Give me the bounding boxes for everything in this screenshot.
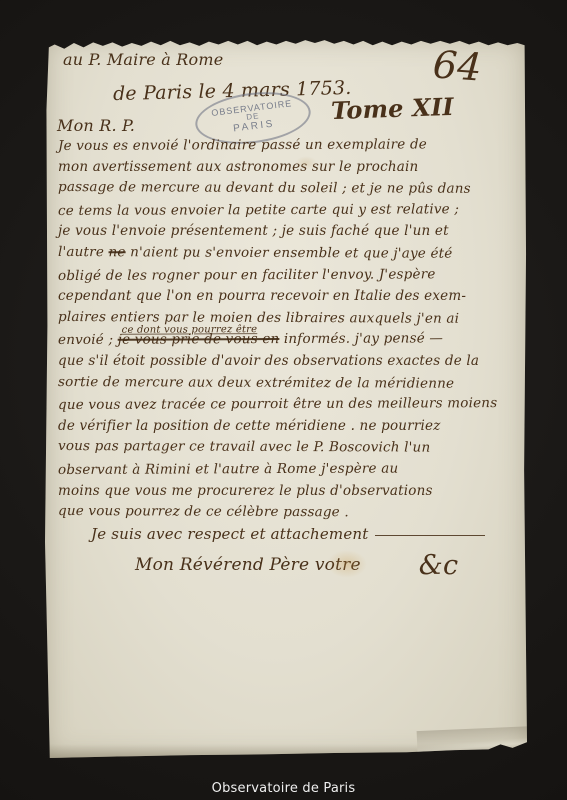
volume-label: Tome XII [331, 92, 455, 125]
photograph-background: au P. Maire à Rome 64 de Paris le 4 mars… [0, 0, 567, 800]
page-number: 64 [432, 42, 484, 89]
struck-text: ne [109, 244, 126, 260]
body-line: ce tems la vous envoier la petite carte … [58, 199, 524, 223]
salutation: Mon R. P. [57, 116, 135, 135]
recipient-line: au P. Maire à Rome [63, 50, 223, 69]
body-line: cependant que l'on en pourra recevoir en… [58, 286, 524, 308]
body-text: l'autre [58, 244, 109, 260]
body-line: de vérifier la position de cette méridie… [58, 416, 524, 438]
flourish-stroke [375, 535, 485, 536]
interlinear-amendment: ce dont vous pourrez êtreje vous prie de… [118, 329, 280, 351]
closing-line-1: Je suis avec respect et attachement [91, 525, 485, 543]
body-line: sortie de mercure aux deux extrémitez de… [58, 372, 524, 396]
photo-caption: Observatoire de Paris [0, 781, 567, 796]
body-line: vous pas partager ce travail avec le P. … [58, 436, 524, 460]
body-line: obligé de les rogner pour en faciliter l… [58, 264, 524, 288]
body-text: informés. j'ay pensé — [279, 331, 443, 348]
paper-stain [295, 156, 317, 170]
paper-edge-shadow [45, 744, 527, 758]
body-line: que vous avez tracée ce pourroit être un… [58, 393, 524, 417]
body-line-with-amendment: envoié ; ce dont vous pourrez êtreje vou… [58, 328, 524, 352]
letter-page: au P. Maire à Rome 64 de Paris le 4 mars… [45, 38, 527, 758]
body-line: Je vous es envoié l'ordinaire passé un e… [58, 134, 524, 158]
letter-body: Je vous es envoié l'ordinaire passé un e… [58, 135, 524, 524]
body-line: observant à Rimini et l'autre à Rome j'e… [58, 458, 524, 482]
closing-line-2: Mon Révérend Père votre&c [135, 550, 458, 581]
body-line: je vous l'envoie présentement ; je suis … [58, 221, 524, 243]
body-line: que s'il étoit possible d'avoir des obse… [58, 351, 524, 373]
body-text: envoié ; [58, 332, 118, 348]
body-line: moins que vous me procurerez le plus d'o… [58, 481, 524, 503]
body-line: mon avertissement aux astronomes sur le … [58, 157, 524, 179]
inserted-text: ce dont vous pourrez être [122, 319, 258, 341]
body-line: passage de mercure au devant du soleil ;… [58, 177, 524, 201]
signature-flourish: &c [419, 550, 459, 581]
body-text: n'aient pu s'envoier ensemble et que j'a… [126, 244, 453, 261]
closing-text: Je suis avec respect et attachement [91, 525, 369, 543]
body-line-with-deletion: l'autre ne n'aient pu s'envoier ensemble… [58, 242, 524, 266]
paper-stain [327, 550, 367, 578]
body-line: que vous pourrez de ce célèbre passage . [58, 501, 524, 525]
stamp-line-3: PARIS [233, 119, 276, 135]
